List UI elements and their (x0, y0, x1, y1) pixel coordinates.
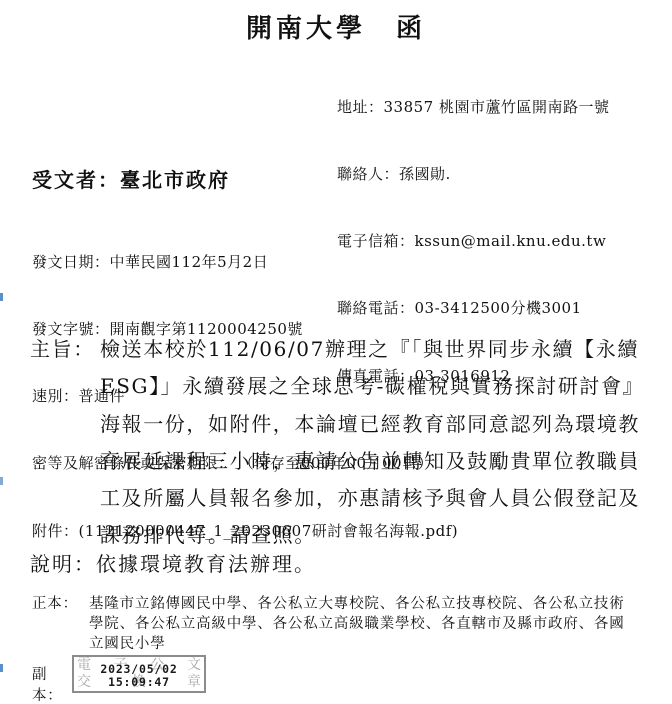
subject-line: 育展延課程三小時，惠請公告並轉知及鼓勵貴單位教職員 (100, 443, 644, 480)
cc-section: 副本： 電 子 公 文 交 換 章 2023/05/02 15:09:47 (32, 655, 206, 704)
explanation-line: 說明：依據環境教育法辦理。 (30, 546, 316, 583)
issue-date-line: 發文日期：中華民國112年5月2日 (32, 251, 458, 273)
cc-label: 副本： (32, 655, 72, 704)
document-title: 開南大學 函 (0, 8, 672, 45)
left-margin-binding-mark (0, 293, 3, 301)
subject-body: 檢送本校於112/06/07辦理之『「與世界同步永續【永續 ESG】」永續發展之… (100, 331, 644, 555)
subject-line: 工及所屬人員報名參加，亦惠請核予與會人員公假登記及 (100, 480, 644, 517)
stamp-datetime: 2023/05/02 15:09:47 (74, 659, 204, 693)
copy-to-body: 基隆市立銘傳國民中學、各公私立大專校院、各公私立技專校院、各公私立技術 學院、各… (89, 594, 625, 654)
copy-to-label: 正本： (32, 594, 89, 654)
copy-to-line: 立國民小學 (89, 634, 625, 654)
subject-line: 海報一份，如附件，本論壇已經教育部同意認列為環境教 (100, 406, 644, 443)
sender-contact-person: 聯絡人：孫國勛. (337, 163, 610, 185)
copy-to-section: 正本： 基隆市立銘傳國民中學、各公私立大專校院、各公私立技專校院、各公私立技術 … (32, 594, 625, 654)
recipient-line: 受文者：臺北市政府 (32, 164, 230, 193)
subject-section: 主旨： 檢送本校於112/06/07辦理之『「與世界同步永續【永續 ESG】」永… (30, 331, 644, 555)
subject-label: 主旨： (30, 331, 100, 555)
electronic-exchange-stamp: 電 子 公 文 交 換 章 2023/05/02 15:09:47 (72, 655, 206, 693)
copy-to-line: 基隆市立銘傳國民中學、各公私立大專校院、各公私立技專校院、各公私立技術 (89, 594, 625, 614)
copy-to-line: 學院、各公私立高級中學、各公私立高級職業學校、各直轄市及縣市政府、各國 (89, 614, 625, 634)
stamp-time: 15:09:47 (108, 676, 170, 689)
subject-line: 檢送本校於112/06/07辦理之『「與世界同步永續【永續 (100, 331, 644, 368)
subject-line: ESG】」永續發展之全球思考-碳權稅與實務探討研討會』 (100, 368, 644, 405)
left-margin-binding-mark (0, 664, 3, 672)
left-margin-binding-mark (0, 477, 3, 485)
sender-address: 地址：33857 桃園市蘆竹區開南路一號 (337, 96, 610, 118)
